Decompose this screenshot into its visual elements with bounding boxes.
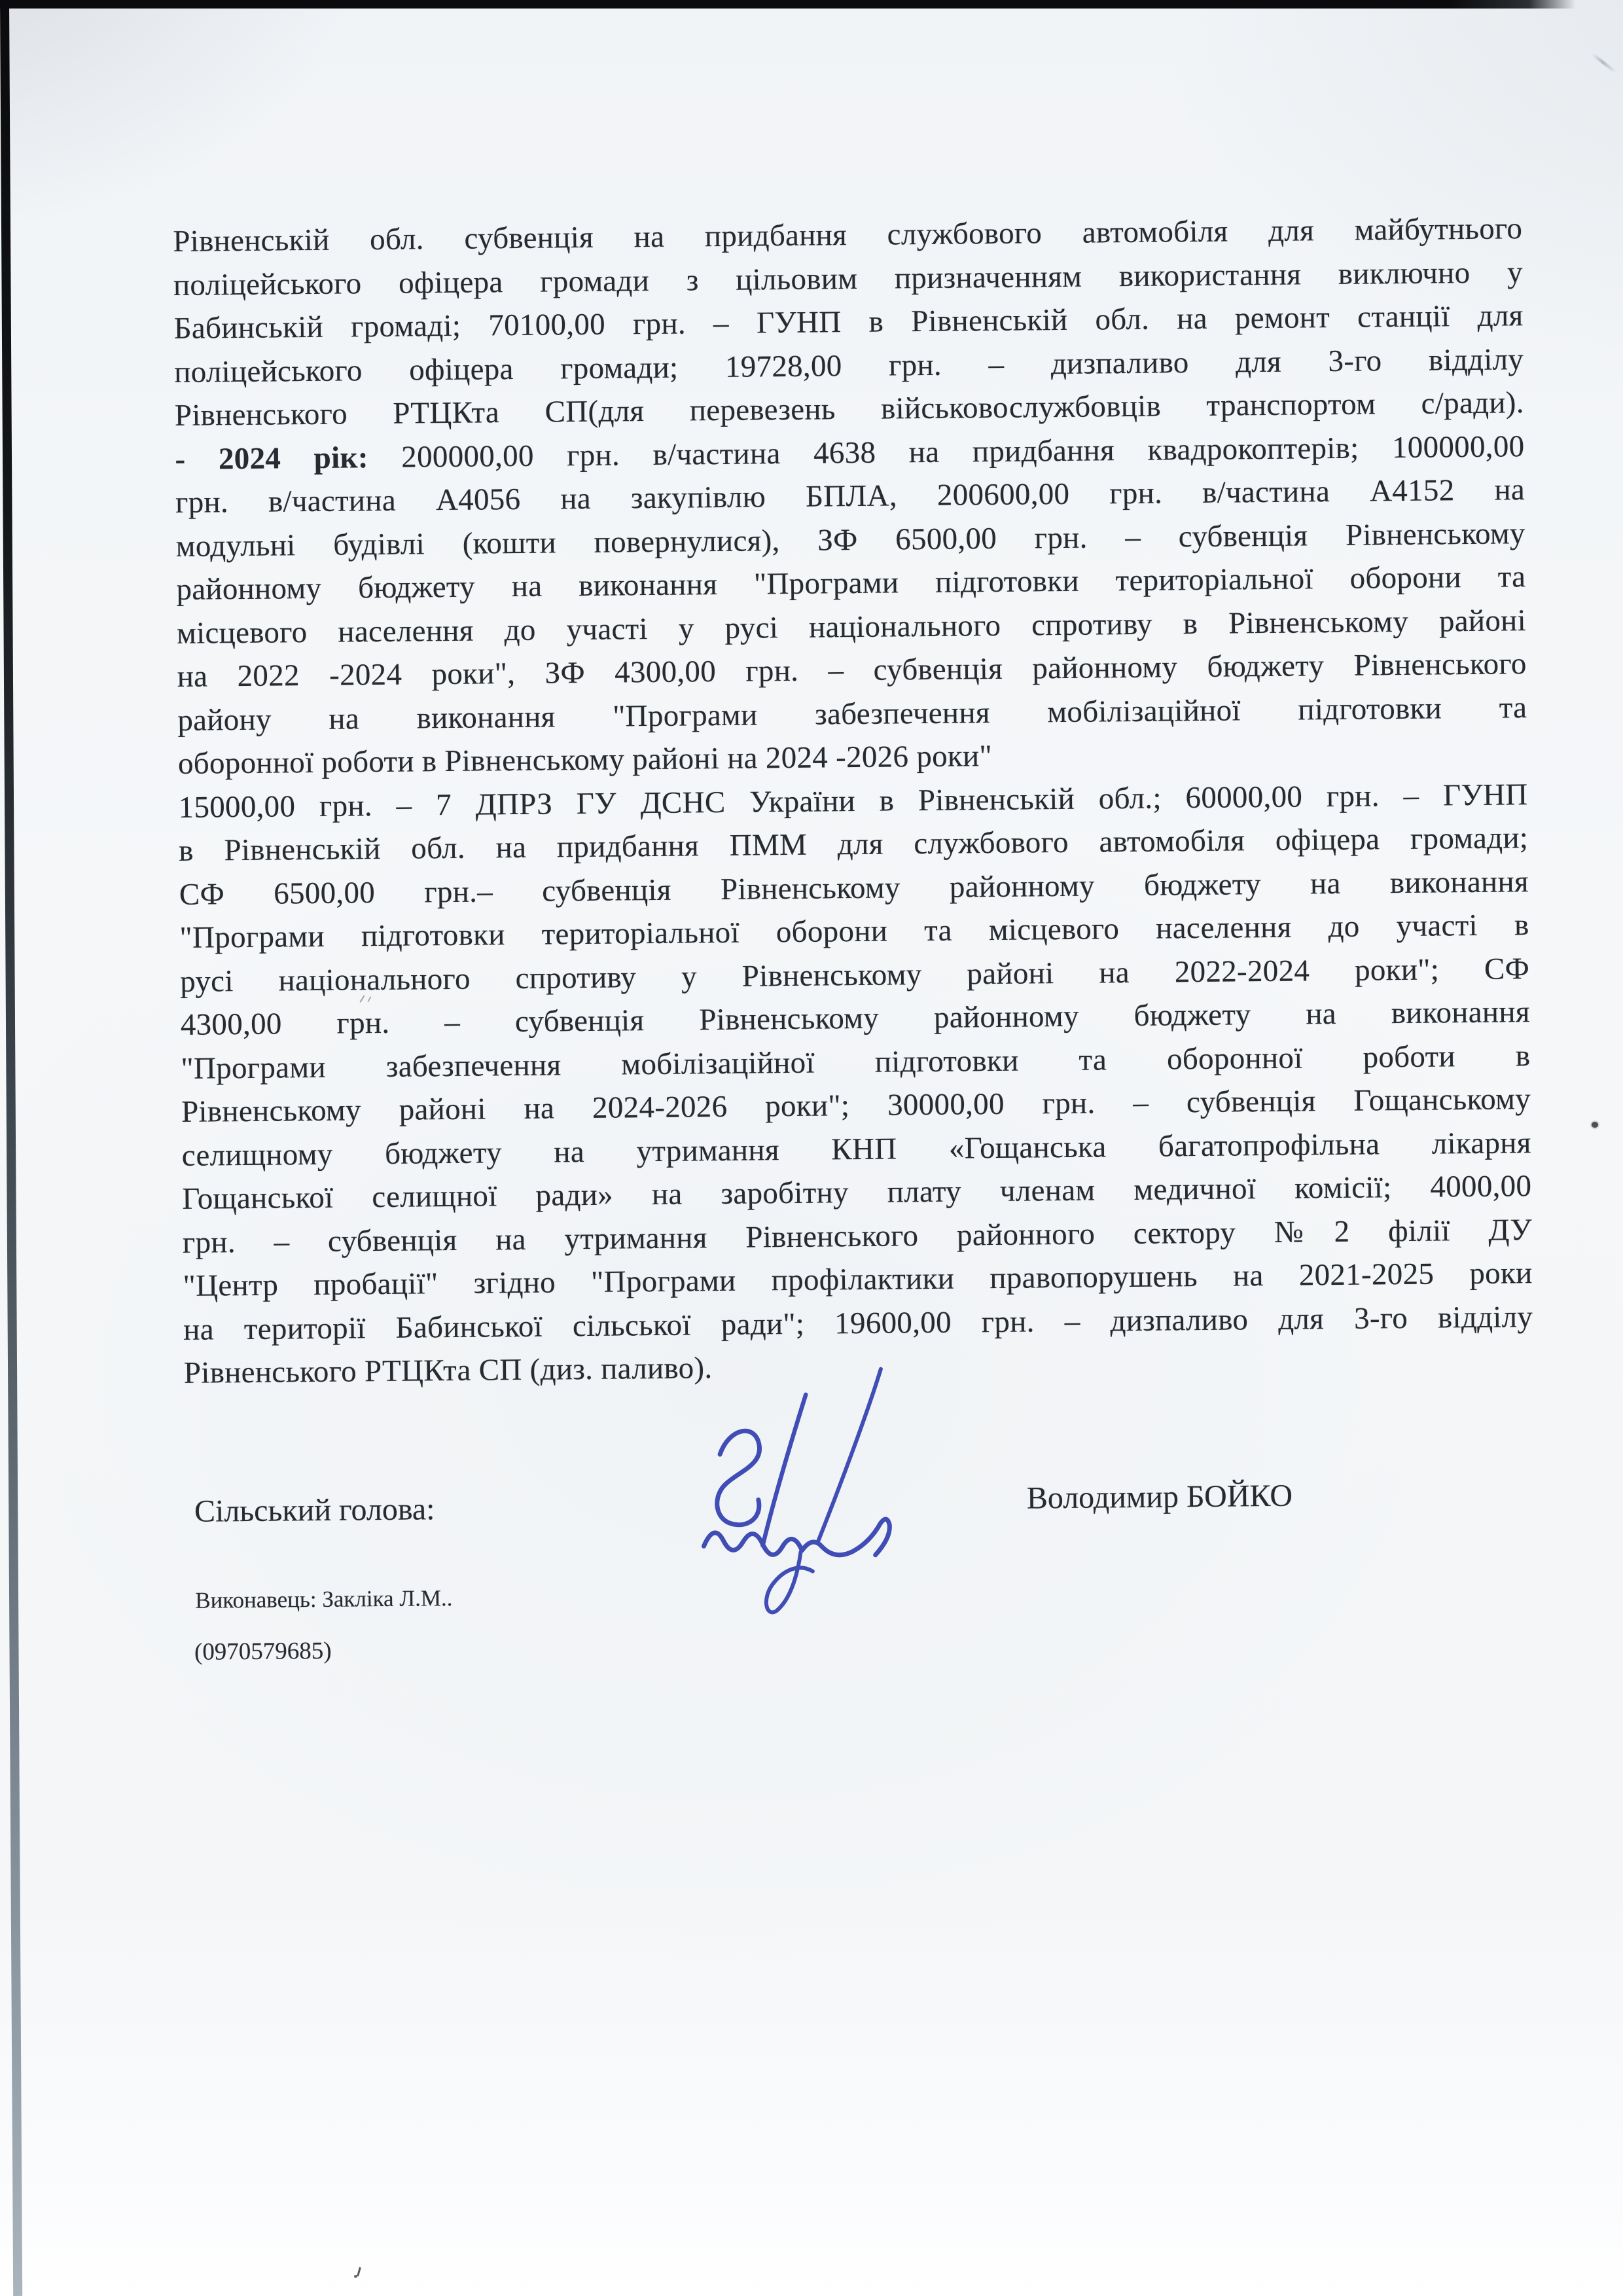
scanned-document-page: { "scan": { "ink_color": "#3f4db4", "tex…: [0, 0, 1623, 2296]
signer-name: Володимир БОЙКО: [1027, 1477, 1293, 1518]
signature-ink: [642, 1365, 939, 1623]
scan-canvas: Рівненській обл. субвенція на придбання …: [0, 0, 1623, 2296]
executor-line: Виконавець: Закліка Л.М..: [195, 1584, 453, 1615]
document-content: Рівненській обл. субвенція на придбання …: [173, 207, 1537, 1725]
scan-edge-top: [0, 0, 1576, 9]
bold-year-label: - 2024 рік:: [175, 440, 368, 476]
scan-speck-right: [1592, 1122, 1598, 1128]
scan-speck-bottom: [353, 2267, 363, 2280]
scan-ink-artifact: [358, 994, 378, 1005]
signer-role-label: Сільський голова:: [194, 1490, 435, 1532]
executor-phone: (0970579685): [194, 1636, 332, 1668]
document-body-text: Рівненській обл. субвенція на придбання …: [173, 207, 1533, 1395]
